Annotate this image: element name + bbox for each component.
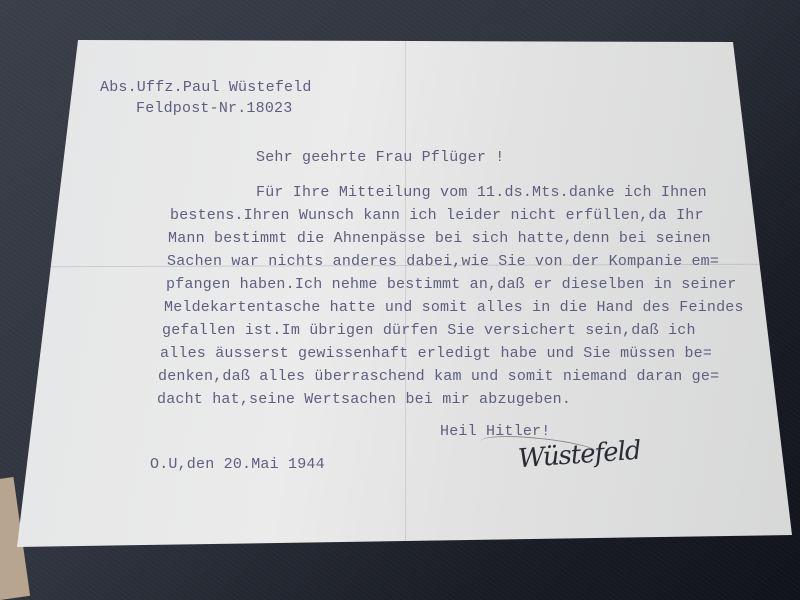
- letter-paper: Abs.Uffz.Paul Wüstefeld Feldpost-Nr.1802…: [0, 0, 800, 600]
- body-line: alles äusserst gewissenhaft erledigt hab…: [160, 345, 712, 362]
- place-date: O.U,den 20.Mai 1944: [150, 456, 325, 473]
- body-line: pfangen haben.Ich nehme bestimmt an,daß …: [166, 276, 737, 293]
- body-line: dacht hat,seine Wertsachen bei mir abzug…: [157, 391, 571, 408]
- fold-crease-vertical: [405, 40, 406, 550]
- body-line: denken,daß alles überraschend kam und so…: [158, 368, 719, 385]
- body-line: bestens.Ihren Wunsch kann ich leider nic…: [170, 207, 704, 224]
- sender-line-2: Feldpost-Nr.18023: [136, 100, 292, 117]
- body-line: Für Ihre Mitteilung vom 11.ds.Mts.danke …: [256, 184, 707, 201]
- salutation: Sehr geehrte Frau Pflüger !: [256, 149, 504, 166]
- body-line: Sachen war nichts anderes dabei,wie Sie …: [167, 253, 719, 270]
- body-line: gefallen ist.Im übrigen dürfen Sie versi…: [162, 322, 696, 339]
- body-line: Mann bestimmt die Ahnenpässe bei sich ha…: [168, 230, 711, 247]
- sender-line-1: Abs.Uffz.Paul Wüstefeld: [100, 79, 312, 96]
- body-line: Meldekartentasche hatte und somit alles …: [164, 299, 744, 316]
